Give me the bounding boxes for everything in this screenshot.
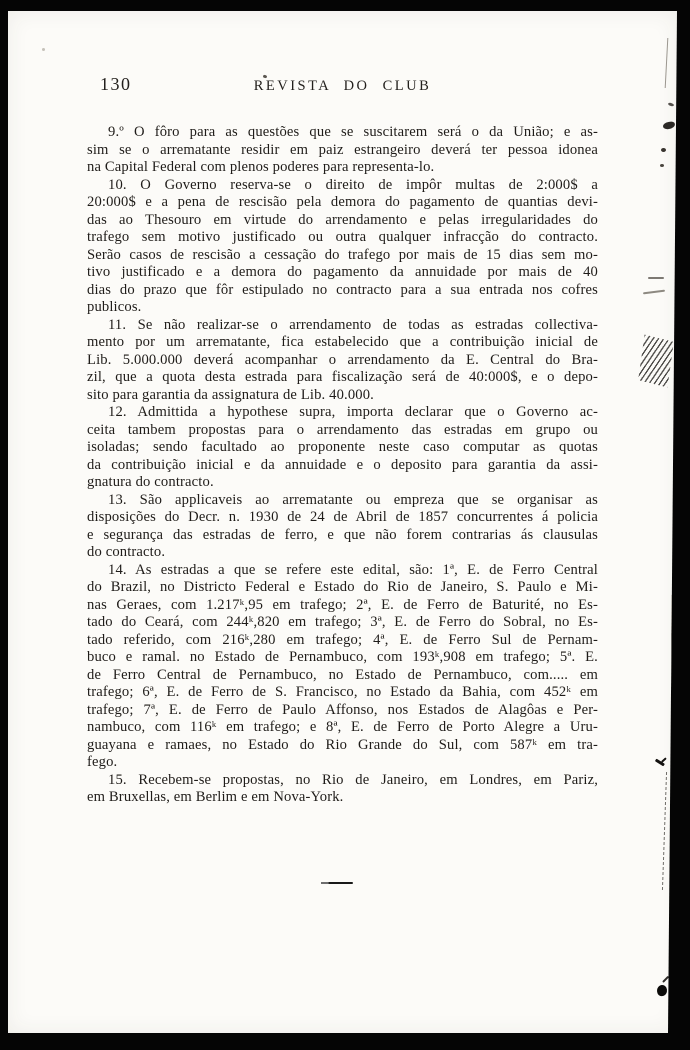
paragraph-11-line: 11. Se não realizar-se o arrendamento de… <box>87 317 598 335</box>
paragraph-14-line: trafego; 6ª, E. de Ferro de S. Francisco… <box>87 684 598 702</box>
paragraph-10-line: 10. O Governo reserva-se o direito de im… <box>87 177 598 195</box>
edge-pencil-mark <box>648 277 664 279</box>
paragraph-10-line: 20:000$ e a pena de rescisão pela demora… <box>87 194 598 212</box>
page-edge-crease <box>665 38 669 88</box>
page-edge-crease <box>671 595 672 723</box>
paragraph-11-line: mento por um arrematante, fica estabelec… <box>87 334 598 352</box>
paragraph-15-line: 15. Recebem-se propostas, no Rio de Jane… <box>87 772 598 790</box>
edge-pencil-mark <box>643 290 665 295</box>
edge-ink-blot <box>662 121 675 130</box>
paragraph-13-line: e segurança das estradas de ferro, e que… <box>87 527 598 545</box>
paragraph-10-line: trafego sem motivo justificado ou outra … <box>87 229 598 247</box>
paragraph-14-line: 14. As estradas a que se refere este edi… <box>87 562 598 580</box>
paragraph-12-line: isoladas; sendo facultado ao proponente … <box>87 439 598 457</box>
scan-black-background: 130 REVISTA DO CLUB 9.º O fôro para as q… <box>0 0 690 1050</box>
paragraph-14-line: trafego; 7ª, E. de Ferro de Paulo Affons… <box>87 702 598 720</box>
paragraph-14-line: fego. <box>87 754 598 772</box>
paragraph-13-line: do contracto. <box>87 544 598 562</box>
paragraph-12-line: da contribuição inicial e da annuidade e… <box>87 457 598 475</box>
paragraph-10-line: das ao Thesouro em virtude do arrendamen… <box>87 212 598 230</box>
paragraph-10-line: Serão casos de rescisão a cessação do tr… <box>87 247 598 265</box>
paragraph-11-line: sito para garantia da assignatura de Lib… <box>87 387 598 405</box>
edge-ink-blot <box>656 984 667 996</box>
document-body: 9.º O fôro para as questões que se susci… <box>87 124 598 807</box>
paragraph-10-line: tivo justificado e a demora do pagamento… <box>87 264 598 282</box>
paragraph-13-line: disposições do Decr. n. 1930 de 24 de Ab… <box>87 509 598 527</box>
paragraph-14-line: tado do Ceará, com 244ᵏ,820 em trafego; … <box>87 614 598 632</box>
paragraph-9-line: na Capital Federal com plenos poderes pa… <box>87 159 598 177</box>
paragraph-14-line: guayana e ramaes, no Estado do Rio Grand… <box>87 737 598 755</box>
edge-check-mark <box>655 755 667 767</box>
paragraph-14-line: do Brazil, no Districto Federal e Estado… <box>87 579 598 597</box>
running-title: REVISTA DO CLUB <box>87 78 598 95</box>
paragraph-11-line: zil, que a quota desta estrada para fisc… <box>87 369 598 387</box>
edge-ink-speck <box>660 164 664 167</box>
paragraph-15-line: em Bruxellas, em Berlim e em Nova-York. <box>87 789 598 807</box>
paragraph-14-line: nambuco, com 116ᵏ em trafego; e 8ª, E. d… <box>87 719 598 737</box>
paragraph-14-line: buco e ramal. no Estado de Pernambuco, c… <box>87 649 598 667</box>
edge-ink-speck <box>661 148 666 152</box>
paragraph-9-line: 9.º O fôro para as questões que se susci… <box>87 124 598 142</box>
document-page: 130 REVISTA DO CLUB 9.º O fôro para as q… <box>8 11 677 1033</box>
edge-hairline-tear <box>662 772 667 890</box>
paper-speck <box>42 48 45 51</box>
paragraph-12-line: ceita tambem propostas para o arrendamen… <box>87 422 598 440</box>
paragraph-10-line: dias do prazo que fôr estipulado no cont… <box>87 282 598 300</box>
end-of-section-rule <box>328 882 353 884</box>
paragraph-12-line: gnatura do contracto. <box>87 474 598 492</box>
paragraph-14-line: de Ferro Central de Pernambuco, no Estad… <box>87 667 598 685</box>
edge-ink-speck <box>668 102 675 107</box>
paragraph-11-line: Lib. 5.000.000 deverá acompanhar o arren… <box>87 352 598 370</box>
paragraph-14-line: tado referido, com 216ᵏ,280 em trafego; … <box>87 632 598 650</box>
paragraph-12-line: 12. Admittida a hypothese supra, importa… <box>87 404 598 422</box>
paragraph-14-line: nas Geraes, com 1.217ᵏ,95 em trafego; 2ª… <box>87 597 598 615</box>
edge-hatch-scribble <box>638 335 674 388</box>
paragraph-9-line: sim se o arrematante residir em paiz est… <box>87 142 598 160</box>
paragraph-13-line: 13. São applicaveis ao arrematante ou em… <box>87 492 598 510</box>
paragraph-10-line: publicos. <box>87 299 598 317</box>
